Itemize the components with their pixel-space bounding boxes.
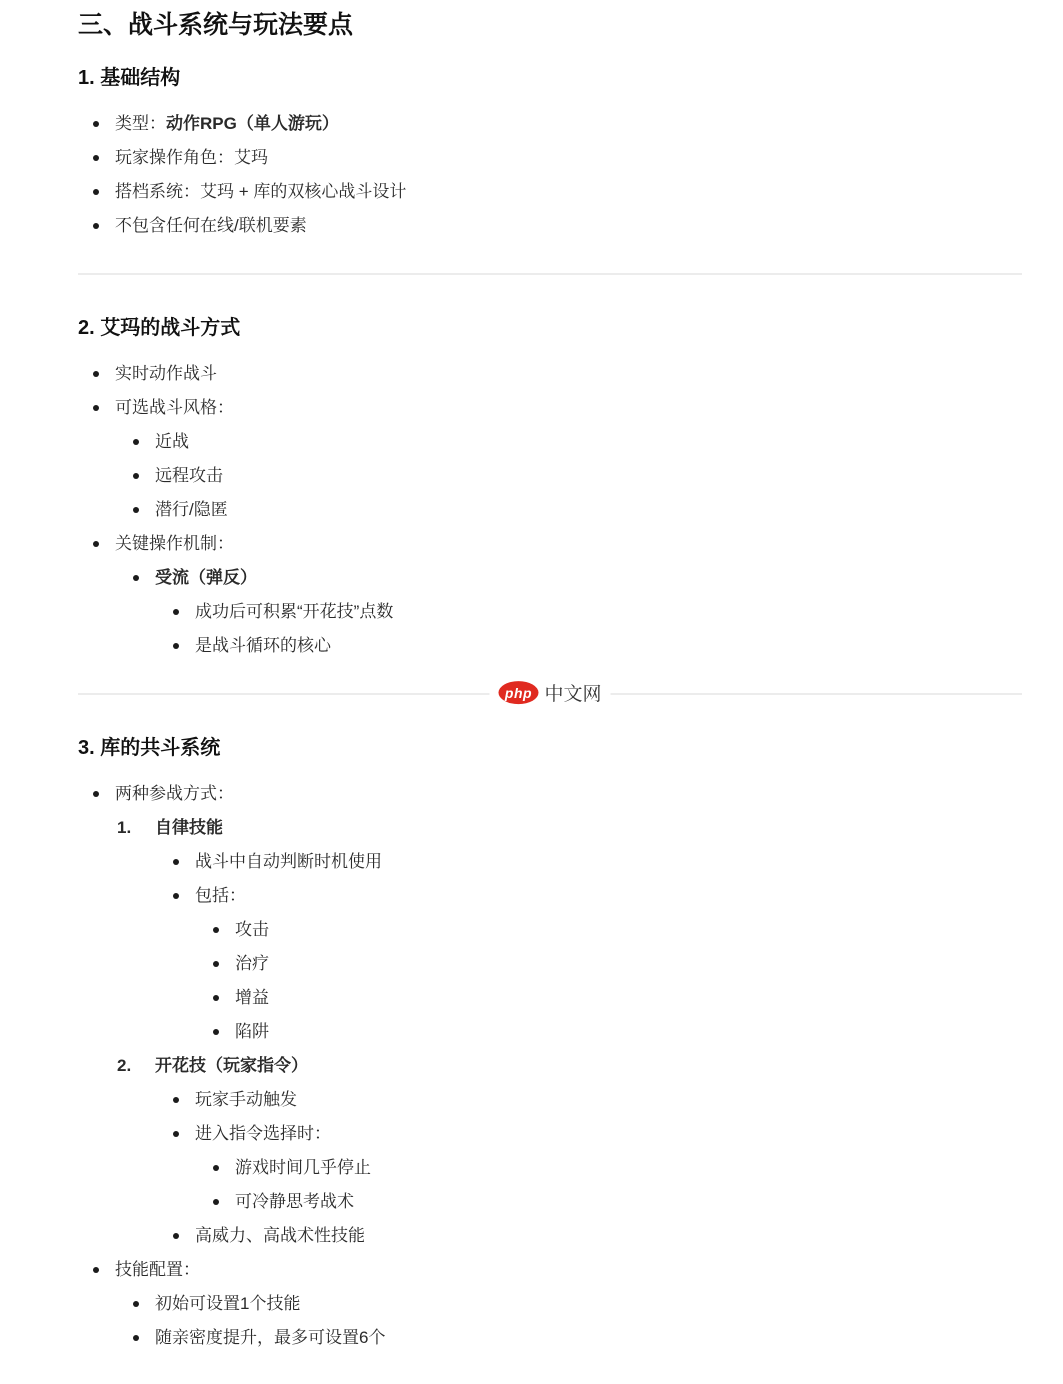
list-item: 攻击 [235,913,1022,947]
list-item-bold-text: 开花技（玩家指令） [155,1056,308,1075]
list-item: 成功后可积累“开花技”点数 [195,595,1022,629]
list-item: 实时动作战斗 [115,357,1022,391]
section-1-heading: 1. 基础结构 [78,65,1022,91]
list-item: 治疗 [235,947,1022,981]
list-item: 关键操作机制： 受流（弹反） 成功后可积累“开花技”点数 是战斗循环的核心 [115,527,1022,663]
list-item: 陷阱 [235,1015,1022,1049]
list-item: 包括： 攻击 治疗 增益 陷阱 [195,879,1022,1049]
parry-sublist: 成功后可积累“开花技”点数 是战斗循环的核心 [155,595,1022,663]
list-item: 随亲密度提升，最多可设置6个 [155,1321,1022,1355]
bloom-skill-sublist: 玩家手动触发 进入指令选择时： 游戏时间几乎停止 可冷静思考战术 高威力、高战术… [155,1083,1022,1253]
list-item: 近战 [155,425,1022,459]
list-item: 玩家手动触发 [195,1083,1022,1117]
list-item: 高威力、高战术性技能 [195,1219,1022,1253]
list-item-text: 类型： [115,114,166,133]
list-item: 远程攻击 [155,459,1022,493]
list-item: 可冷静思考战术 [235,1185,1022,1219]
php-logo-icon: php [498,681,538,704]
section-2-heading: 2. 艾玛的战斗方式 [78,315,1022,341]
section-3-list: 两种参战方式： 自律技能 战斗中自动判断时机使用 包括： 攻击 治疗 增益 陷阱 [78,777,1022,1355]
list-item: 受流（弹反） 成功后可积累“开花技”点数 是战斗循环的核心 [155,561,1022,663]
ordered-item: 自律技能 战斗中自动判断时机使用 包括： 攻击 治疗 增益 陷阱 [155,811,1022,1049]
section-basic-structure: 1. 基础结构 类型：动作RPG（单人游玩） 玩家操作角色：艾玛 搭档系统：艾玛… [78,65,1022,243]
section-1-list: 类型：动作RPG（单人游玩） 玩家操作角色：艾玛 搭档系统：艾玛 + 库的双核心… [78,107,1022,243]
section-divider [78,273,1022,275]
list-item-text: 可选战斗风格： [115,398,234,417]
ordered-item: 开花技（玩家指令） 玩家手动触发 进入指令选择时： 游戏时间几乎停止 可冷静思考… [155,1049,1022,1253]
list-item: 不包含任何在线/联机要素 [115,209,1022,243]
section-2-list: 实时动作战斗 可选战斗风格： 近战 远程攻击 潜行/隐匿 关键操作机制： 受流（… [78,357,1022,663]
participation-modes-ordered-list: 自律技能 战斗中自动判断时机使用 包括： 攻击 治疗 增益 陷阱 [115,811,1022,1253]
key-mechanic-sublist: 受流（弹反） 成功后可积累“开花技”点数 是战斗循环的核心 [115,561,1022,663]
list-item-text: 技能配置： [115,1260,200,1279]
section-divider-with-watermark: php 中文网 [78,693,1022,695]
list-item: 增益 [235,981,1022,1015]
list-item-text: 进入指令选择时： [195,1124,331,1143]
list-item: 类型：动作RPG（单人游玩） [115,107,1022,141]
list-item-text: 包括： [195,886,246,905]
watermark-site-label: 中文网 [544,679,601,706]
page-title: 三、战斗系统与玩法要点 [78,8,1022,43]
skill-config-sublist: 初始可设置1个技能 随亲密度提升，最多可设置6个 [115,1287,1022,1355]
auto-skill-sublist: 战斗中自动判断时机使用 包括： 攻击 治疗 增益 陷阱 [155,845,1022,1049]
list-item: 潜行/隐匿 [155,493,1022,527]
section-3-heading: 3. 库的共斗系统 [78,735,1022,761]
list-item-bold-text: 受流（弹反） [155,568,257,587]
list-item-text: 两种参战方式： [115,784,234,803]
list-item: 战斗中自动判断时机使用 [195,845,1022,879]
list-item-text: 关键操作机制： [115,534,234,553]
list-item: 进入指令选择时： 游戏时间几乎停止 可冷静思考战术 [195,1117,1022,1219]
php-cn-watermark: php 中文网 [489,679,610,706]
list-item: 搭档系统：艾玛 + 库的双核心战斗设计 [115,175,1022,209]
combat-style-sublist: 近战 远程攻击 潜行/隐匿 [115,425,1022,527]
list-item: 两种参战方式： 自律技能 战斗中自动判断时机使用 包括： 攻击 治疗 增益 陷阱 [115,777,1022,1253]
section-ku-coop: 3. 库的共斗系统 两种参战方式： 自律技能 战斗中自动判断时机使用 包括： 攻… [78,735,1022,1355]
list-item: 初始可设置1个技能 [155,1287,1022,1321]
document: 三、战斗系统与玩法要点 1. 基础结构 类型：动作RPG（单人游玩） 玩家操作角… [78,8,1022,1355]
list-item: 可选战斗风格： 近战 远程攻击 潜行/隐匿 [115,391,1022,527]
includes-sublist: 攻击 治疗 增益 陷阱 [195,913,1022,1049]
section-emma-combat: 2. 艾玛的战斗方式 实时动作战斗 可选战斗风格： 近战 远程攻击 潜行/隐匿 … [78,315,1022,663]
list-item: 玩家操作角色：艾玛 [115,141,1022,175]
list-item-bold-text: 自律技能 [155,818,223,837]
command-select-sublist: 游戏时间几乎停止 可冷静思考战术 [195,1151,1022,1219]
list-item-bold-text: 动作RPG（单人游玩） [166,114,339,133]
list-item: 游戏时间几乎停止 [235,1151,1022,1185]
list-item: 是战斗循环的核心 [195,629,1022,663]
list-item: 技能配置： 初始可设置1个技能 随亲密度提升，最多可设置6个 [115,1253,1022,1355]
